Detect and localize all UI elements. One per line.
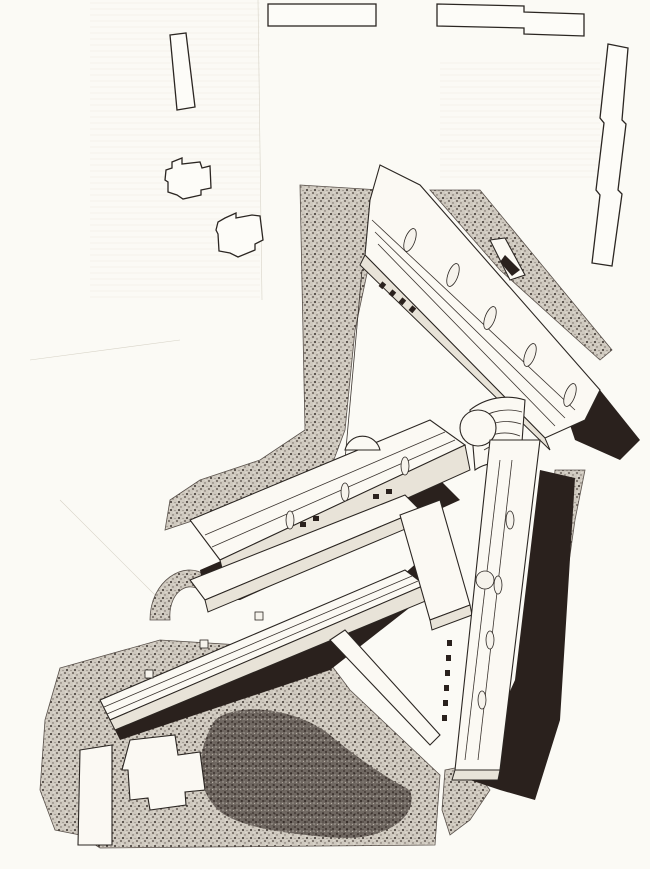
window-column-se [442,640,452,721]
building-cross-block [400,500,472,630]
footprint-top-right [437,4,584,36]
semicircle-court [345,436,380,450]
axonometric-drawing [0,0,650,869]
footprint-top-center [268,4,376,26]
